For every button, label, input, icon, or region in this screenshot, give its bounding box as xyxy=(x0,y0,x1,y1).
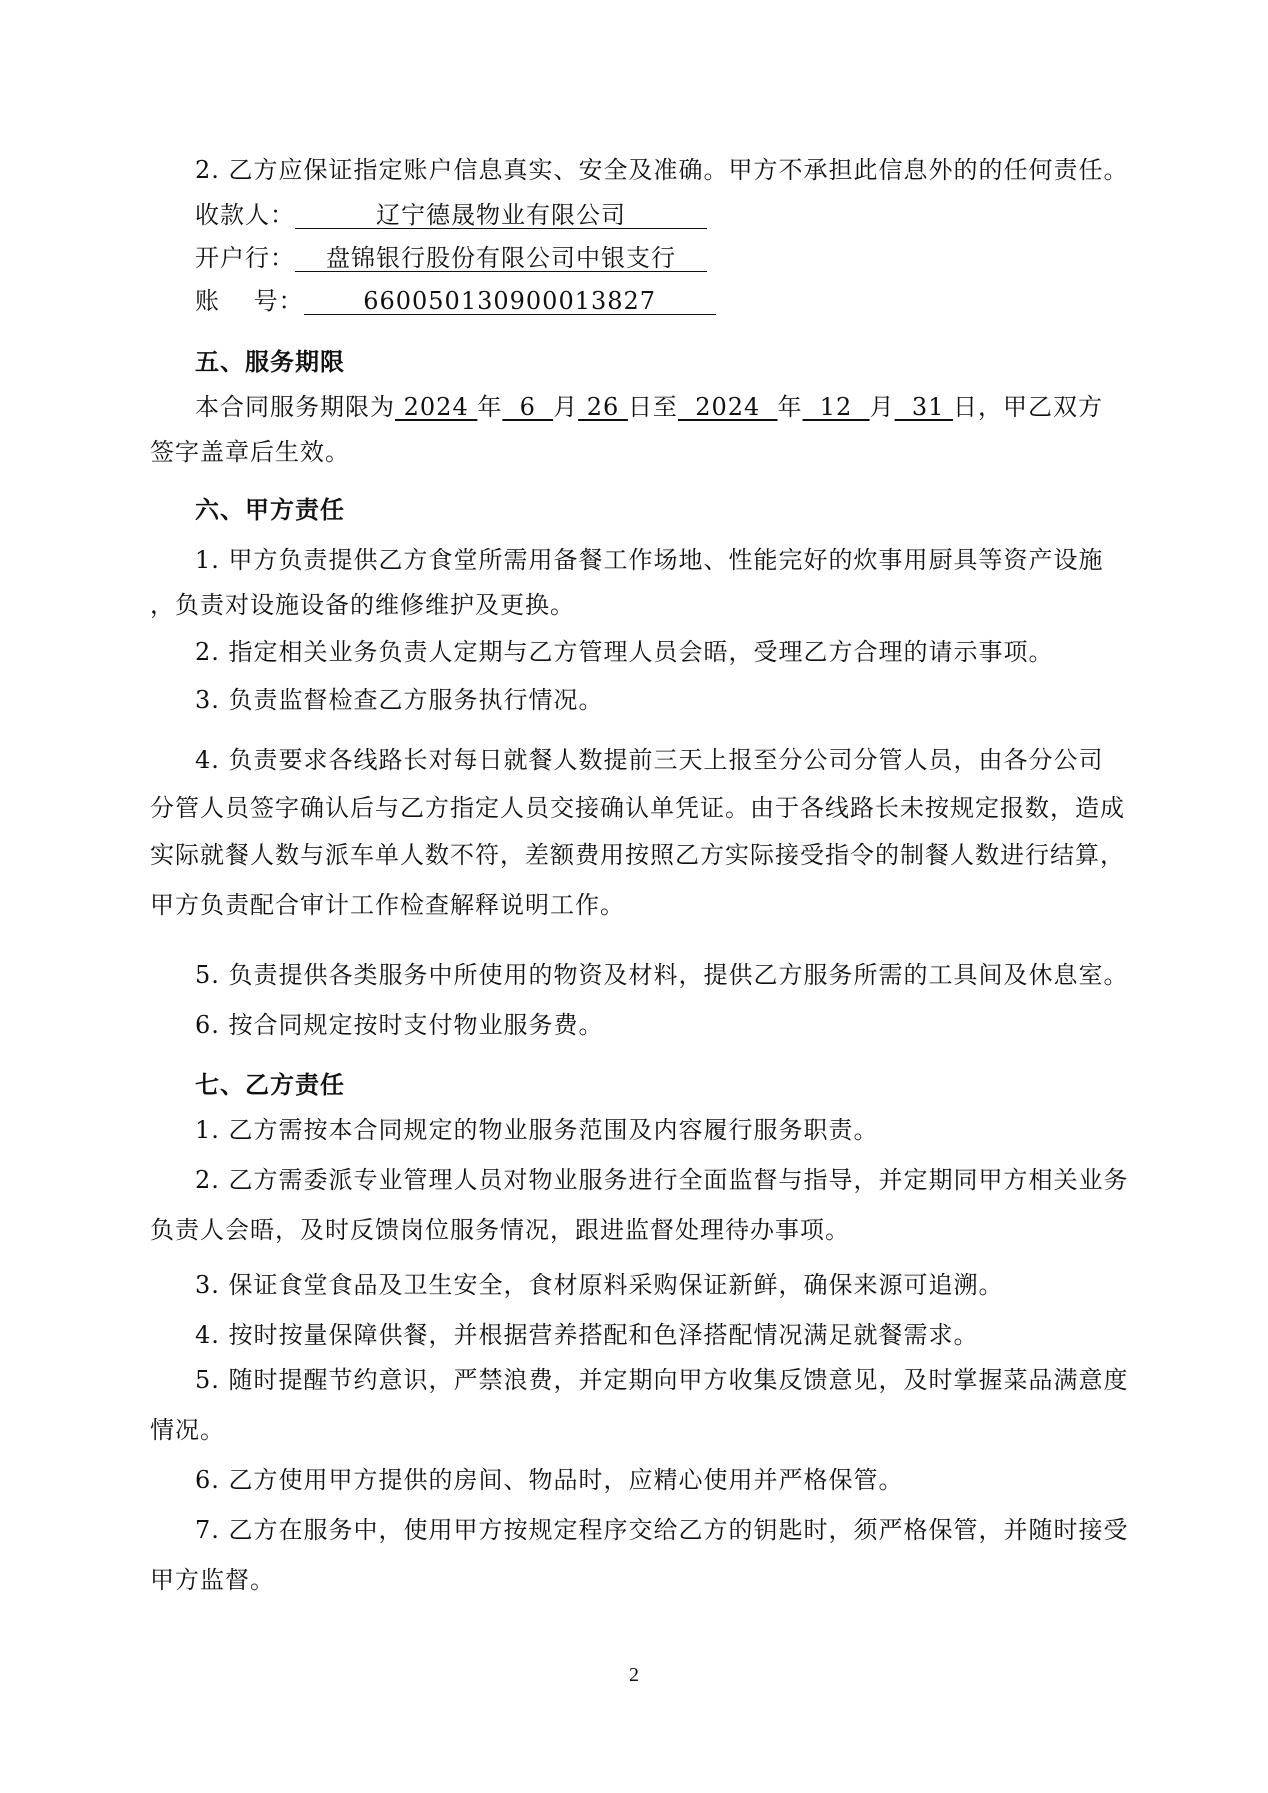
section-7-line: 3. 保证食堂食品及卫生安全，食材原料采购保证新鲜，确保来源可追溯。 xyxy=(195,1270,1142,1300)
start-day: 26 xyxy=(578,393,628,421)
year-label: 年 xyxy=(477,393,502,421)
payee-row: 收款人：辽宁德晟物业有限公司 xyxy=(195,200,1142,230)
payee-value: 辽宁德晟物业有限公司 xyxy=(295,202,707,229)
bank-label: 开户行： xyxy=(195,244,295,272)
section-7-line: 2. 乙方需委派专业管理人员对物业服务进行全面监督与指导，并定期同甲方相关业务 xyxy=(195,1165,1142,1195)
year-label: 年 xyxy=(778,393,803,421)
bank-row: 开户行：盘锦银行股份有限公司中银支行 xyxy=(195,243,1142,273)
section-6-heading: 六、甲方责任 xyxy=(195,495,1142,525)
section-6-line: 甲方负责配合审计工作检查解释说明工作。 xyxy=(150,890,1142,920)
account-number-label: 账 号： xyxy=(195,287,304,315)
section-6-line: 6. 按合同规定按时支付物业服务费。 xyxy=(195,1010,1142,1040)
end-year: 2024 xyxy=(678,393,778,421)
account-number-row: 账 号：660050130900013827 xyxy=(195,286,1142,316)
service-period-line: 本合同服务期限为 2024 年 6 月 26 日至 2024 年 12 月 31… xyxy=(195,392,1142,422)
section-6-line: 1. 甲方负责提供乙方食堂所需用备餐工作场地、性能完好的炊事用厨具等资产设施 xyxy=(195,545,1142,575)
section-7-heading: 七、乙方责任 xyxy=(195,1070,1142,1100)
section-6-line: 实际就餐人数与派车单人数不符，差额费用按照乙方实际接受指令的制餐人数进行结算， xyxy=(150,840,1142,870)
section-6-line: 5. 负责提供各类服务中所使用的物资及材料，提供乙方服务所需的工具间及休息室。 xyxy=(195,960,1142,990)
period-prefix: 本合同服务期限为 xyxy=(195,393,395,421)
end-day: 31 xyxy=(895,393,953,421)
clause-account-accuracy: 2. 乙方应保证指定账户信息真实、安全及准确。甲方不承担此信息外的的任何责任。 xyxy=(195,155,1142,185)
start-year: 2024 xyxy=(395,393,477,421)
bank-value: 盘锦银行股份有限公司中银支行 xyxy=(295,245,707,272)
section-7-line: 情况。 xyxy=(150,1415,1142,1445)
end-month: 12 xyxy=(803,393,870,421)
section-6-line: ，负责对设施设备的维修维护及更换。 xyxy=(150,590,1142,620)
section-6-line: 4. 负责要求各线路长对每日就餐人数提前三天上报至分公司分管人员，由各分公司 xyxy=(195,745,1142,775)
section-6-line: 分管人员签字确认后与乙方指定人员交接确认单凭证。由于各线路长未按规定报数，造成 xyxy=(150,793,1142,823)
section-6-line: 2. 指定相关业务负责人定期与乙方管理人员会晤，受理乙方合理的请示事项。 xyxy=(195,637,1142,667)
section-5-heading: 五、服务期限 xyxy=(195,347,1142,377)
section-7-line: 负责人会晤，及时反馈岗位服务情况，跟进监督处理待办事项。 xyxy=(150,1215,1142,1245)
section-7-line: 1. 乙方需按本合同规定的物业服务范围及内容履行服务职责。 xyxy=(195,1115,1142,1145)
day-to-label: 日至 xyxy=(628,393,678,421)
section-7-line: 甲方监督。 xyxy=(150,1565,1142,1595)
page-number: 2 xyxy=(0,1664,1268,1687)
section-7-line: 6. 乙方使用甲方提供的房间、物品时，应精心使用并严格保管。 xyxy=(195,1465,1142,1495)
month-label: 月 xyxy=(553,393,578,421)
account-number-value: 660050130900013827 xyxy=(304,288,716,315)
section-7-line: 7. 乙方在服务中，使用甲方按规定程序交给乙方的钥匙时，须严格保管，并随时接受 xyxy=(195,1515,1142,1545)
section-7-line: 4. 按时按量保障供餐，并根据营养搭配和色泽搭配情况满足就餐需求。 xyxy=(195,1320,1142,1350)
section-6-line: 3. 负责监督检查乙方服务执行情况。 xyxy=(195,685,1142,715)
period-suffix: 日，甲乙双方 xyxy=(953,393,1103,421)
service-period-line-2: 签字盖章后生效。 xyxy=(150,437,1142,467)
payee-label: 收款人： xyxy=(195,201,295,229)
start-month: 6 xyxy=(502,393,553,421)
section-7-line: 5. 随时提醒节约意识，严禁浪费，并定期向甲方收集反馈意见，及时掌握菜品满意度 xyxy=(195,1365,1142,1395)
month-label: 月 xyxy=(870,393,895,421)
